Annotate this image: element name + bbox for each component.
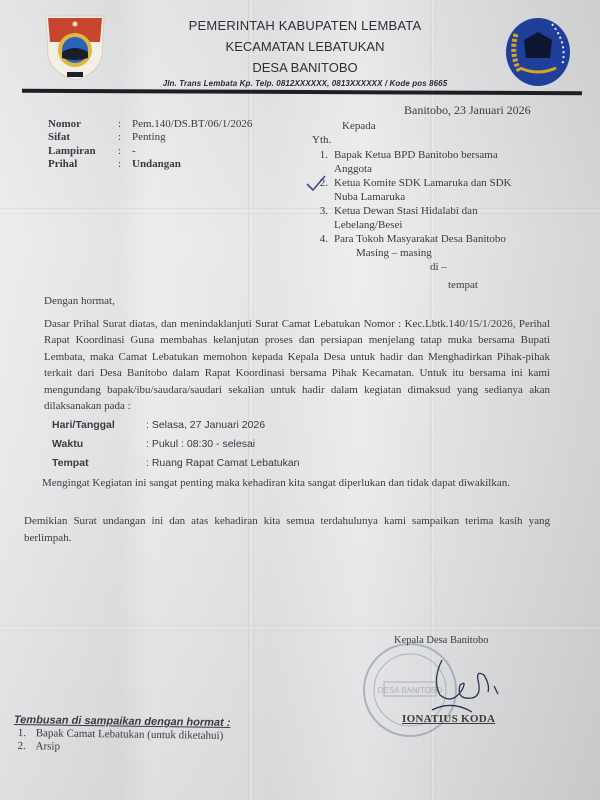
recipients-kepada: Kepada (342, 120, 592, 132)
recipient-item: 3. Ketua Dewan Stasi Hidalabi danLebelan… (312, 204, 592, 232)
signature-icon (412, 650, 512, 720)
detail-row-time: Waktu : Pukul : 08:30 - selesai (52, 435, 550, 454)
letterhead-village: DESA BANITOBO (120, 60, 490, 75)
recipient-text: Bapak Ketua BPD Banitobo bersamaAnggota (334, 148, 498, 176)
meta-row-nomor: Nomor : Pem.140/DS.BT/06/1/2026 (48, 117, 252, 131)
body-paragraph-1: Dasar Prihal Surat diatas, dan menindakl… (44, 316, 550, 415)
letter-date: Banitobo, 23 Januari 2026 (404, 103, 531, 118)
recipient-text: Ketua Dewan Stasi Hidalabi danLebelang/B… (334, 204, 478, 232)
letterhead-government: PEMERINTAH KABUPATEN LEMBATA (120, 18, 490, 33)
recipient-number: 1. (312, 148, 328, 176)
event-details: Hari/Tanggal : Selasa, 27 Januari 2026 W… (52, 416, 550, 473)
recipient-text: Ketua Komite SDK Lamaruka dan SDKNuba La… (334, 176, 512, 204)
paper-fold (0, 625, 600, 631)
recipients-tempat: tempat (448, 278, 592, 292)
meta-value: Undangan (132, 158, 181, 170)
meta-colon: : (118, 118, 132, 130)
meta-row-lampiran: Lampiran : - (48, 144, 252, 158)
recipient-item: 1. Bapak Ketua BPD Banitobo bersamaAnggo… (312, 148, 592, 176)
meta-colon: : (118, 131, 132, 143)
recipient-text: Para Tokoh Masyarakat Desa Banitobo (334, 232, 506, 246)
village-emblem-icon (502, 14, 572, 88)
meta-label: Prihal (48, 158, 118, 170)
recipients-yth: Yth. (312, 134, 331, 146)
detail-row-date: Hari/Tanggal : Selasa, 27 Januari 2026 (52, 416, 550, 435)
recipients-di: di – (430, 260, 592, 274)
signatory-title: Kepala Desa Banitobo (394, 635, 572, 646)
recipient-item: 2. Ketua Komite SDK Lamaruka dan SDKNuba… (312, 176, 592, 204)
recipient-item: 4. Para Tokoh Masyarakat Desa Banitobo (312, 232, 592, 246)
detail-value: : Selasa, 27 Januari 2026 (146, 416, 265, 435)
letterhead: PEMERINTAH KABUPATEN LEMBATA KECAMATAN L… (120, 18, 490, 88)
recipients-block: Kepada Yth. 1. Bapak Ketua BPD Banitobo … (312, 120, 592, 292)
letterhead-rule (22, 89, 582, 95)
meta-label: Lampiran (48, 145, 118, 157)
body-paragraph-3: Demikian Surat undangan ini dan atas keh… (24, 513, 550, 546)
handwritten-check-icon (305, 174, 327, 192)
detail-value: : Pukul : 08:30 - selesai (146, 435, 255, 454)
detail-label: Waktu (52, 435, 146, 454)
greeting: Dengan hormat, (44, 293, 550, 310)
signature-block: Kepala Desa Banitobo IONATIUS KODA (392, 635, 572, 646)
meta-row-sifat: Sifat : Penting (48, 131, 252, 145)
cc-text: Bapak Camat Lebatukan (untuk diketahui) (36, 727, 224, 743)
detail-label: Hari/Tanggal (52, 416, 146, 435)
letterhead-district: KECAMATAN LEBATUKAN (120, 39, 490, 54)
detail-value: : Ruang Rapat Camat Lebatukan (146, 454, 300, 473)
carbon-copy-block: Tembusan di sampaikan dengan hormat : 1.… (13, 714, 230, 756)
recipients-masing: Masing – masing (356, 246, 592, 260)
regency-emblem-icon (42, 12, 108, 82)
cc-number: 2. (17, 740, 35, 753)
letter-paper: PEMERINTAH KABUPATEN LEMBATA KECAMATAN L… (0, 0, 600, 800)
meta-row-prihal: Prihal : Undangan (48, 158, 252, 172)
body-paragraph-2: Mengingat Kegiatan ini sangat penting ma… (42, 475, 550, 492)
cc-text: Arsip (35, 740, 60, 753)
meta-label: Nomor (48, 118, 118, 130)
letter-body: Dengan hormat, Dasar Prihal Surat diatas… (44, 293, 550, 546)
letterhead-address: Jln. Trans Lembata Kp. Telp. 0812XXXXXX,… (120, 79, 490, 88)
cc-number: 1. (18, 727, 36, 740)
detail-label: Tempat (52, 454, 146, 473)
cc-list: 1. Bapak Camat Lebatukan (untuk diketahu… (13, 727, 230, 756)
meta-colon: : (118, 145, 132, 157)
signatory-name: IONATIUS KODA (402, 713, 495, 725)
meta-label: Sifat (48, 131, 118, 143)
recipients-list: 1. Bapak Ketua BPD Banitobo bersamaAnggo… (312, 148, 592, 246)
meta-value: Penting (132, 131, 166, 143)
meta-colon: : (118, 158, 132, 170)
recipient-number: 4. (312, 232, 328, 246)
letter-meta: Nomor : Pem.140/DS.BT/06/1/2026 Sifat : … (48, 117, 252, 171)
meta-value: - (132, 145, 136, 157)
detail-row-place: Tempat : Ruang Rapat Camat Lebatukan (52, 454, 550, 473)
meta-value: Pem.140/DS.BT/06/1/2026 (132, 118, 252, 130)
recipient-number: 3. (312, 204, 328, 232)
